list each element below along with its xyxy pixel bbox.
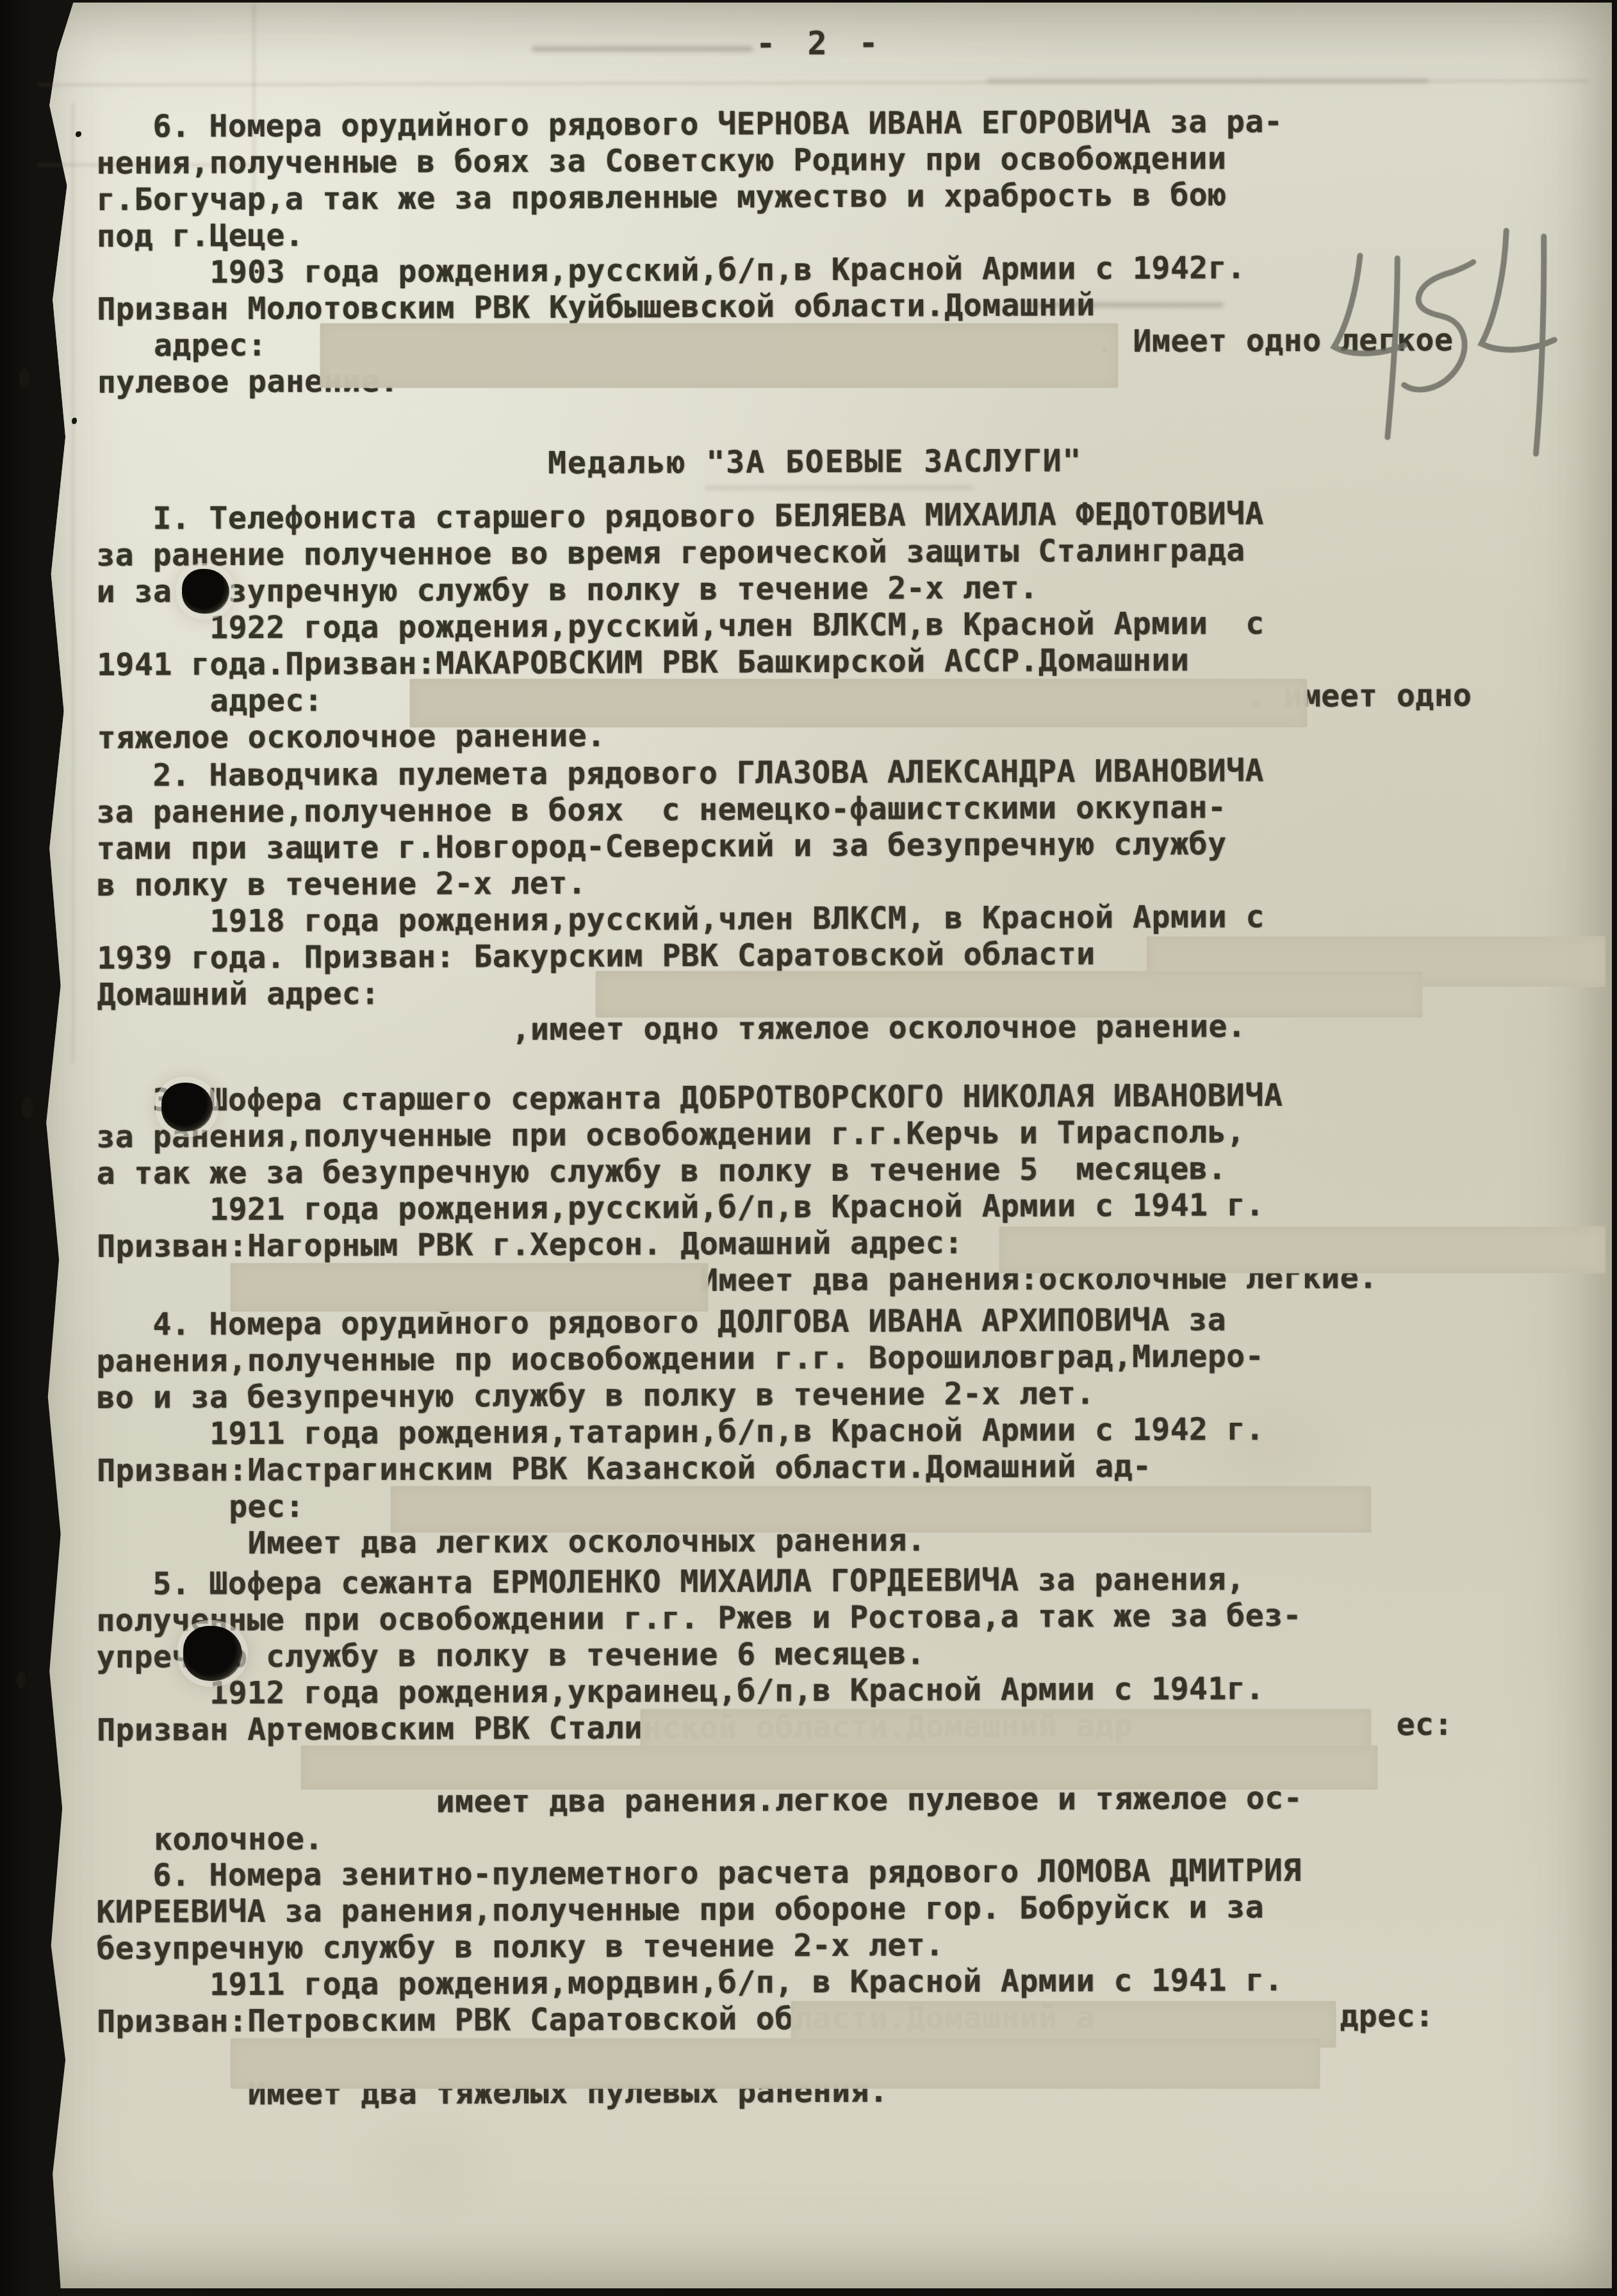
smudge-mark — [987, 78, 1429, 83]
medal-heading: Медалью "ЗА БОЕВЫЕ ЗАСЛУГИ" — [548, 443, 1083, 482]
punch-hole — [161, 1083, 213, 1131]
punch-hole — [183, 1626, 242, 1681]
redaction-block — [410, 679, 1307, 727]
redaction-block — [596, 971, 1422, 1017]
redaction-block — [231, 1263, 708, 1311]
redaction-block — [301, 1746, 1377, 1789]
redaction-block — [391, 1486, 1371, 1532]
redaction-block — [231, 2038, 1320, 2088]
handwritten-page-number: 454 — [1279, 215, 1599, 490]
page-number: - 2 - — [756, 25, 885, 62]
handwritten-454-strokes — [1279, 215, 1599, 488]
redaction-block — [999, 1227, 1605, 1273]
edge-tear-mark — [19, 368, 29, 388]
edge-tear-mark — [22, 1097, 33, 1119]
smudge-mark — [532, 46, 753, 52]
scanned-page: - 2 - 6. Номера орудийного рядового ЧЕРН… — [0, 0, 1617, 2296]
redaction-block — [320, 324, 1118, 388]
smudge-mark — [705, 486, 974, 490]
punch-hole — [182, 569, 229, 614]
crease-line — [72, 102, 74, 1063]
edge-tear-mark — [17, 1672, 26, 1689]
